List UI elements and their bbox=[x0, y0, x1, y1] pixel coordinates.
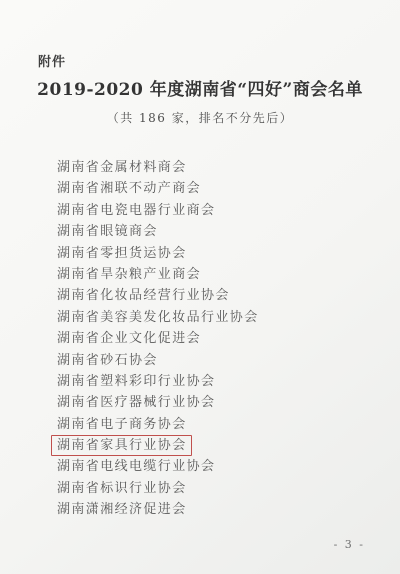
chamber-name: 湖南省电瓷电器行业商会 bbox=[57, 200, 215, 221]
chamber-name: 湖南省化妆品经营行业协会 bbox=[57, 285, 230, 306]
chamber-list-item: 湖南省旱杂粮产业商会 bbox=[57, 264, 259, 285]
chamber-name: 湖南省旱杂粮产业商会 bbox=[57, 264, 201, 285]
chamber-name: 湖南潇湘经济促进会 bbox=[57, 499, 187, 520]
chamber-name: 湖南省美容美发化妆品行业协会 bbox=[57, 307, 259, 328]
chamber-list-item: 湖南省美容美发化妆品行业协会 bbox=[57, 307, 259, 328]
attachment-label: 附件 bbox=[38, 51, 66, 70]
chamber-list-item: 湖南省电瓷电器行业商会 bbox=[57, 200, 259, 221]
chamber-name: 湖南省零担货运协会 bbox=[57, 243, 187, 264]
chamber-name: 湖南省砂石协会 bbox=[57, 350, 158, 371]
chamber-name: 湖南省金属材料商会 bbox=[57, 157, 187, 178]
chamber-list-item: 湖南省家具行业协会 bbox=[57, 435, 259, 456]
document-title: 2019-2020 年度湖南省“四好”商会名单 bbox=[0, 75, 400, 100]
document-subtitle: （共 186 家，排名不分先后） bbox=[0, 109, 400, 126]
chamber-name: 湖南省眼镜商会 bbox=[57, 221, 158, 242]
chamber-name: 湖南省医疗器械行业协会 bbox=[57, 392, 215, 413]
chamber-list-item: 湖南省砂石协会 bbox=[57, 350, 259, 371]
chamber-name: 湖南省湘联不动产商会 bbox=[57, 178, 201, 199]
chamber-list-item: 湖南省电线电缆行业协会 bbox=[57, 456, 259, 477]
chamber-list-item: 湖南省塑料彩印行业协会 bbox=[57, 371, 259, 392]
chamber-list-item: 湖南省金属材料商会 bbox=[57, 157, 259, 178]
chamber-name: 湖南省家具行业协会 bbox=[51, 435, 192, 456]
chamber-list-item: 湖南省标识行业协会 bbox=[57, 478, 259, 499]
chamber-name: 湖南省塑料彩印行业协会 bbox=[57, 371, 215, 392]
chamber-list-item: 湖南省零担货运协会 bbox=[57, 243, 259, 264]
chamber-list-item: 湖南省企业文化促进会 bbox=[57, 328, 259, 349]
chamber-list-item: 湖南潇湘经济促进会 bbox=[57, 499, 259, 520]
chamber-name: 湖南省企业文化促进会 bbox=[57, 328, 201, 349]
chamber-list-item: 湖南省医疗器械行业协会 bbox=[57, 392, 259, 413]
chamber-list-item: 湖南省化妆品经营行业协会 bbox=[57, 285, 259, 306]
chamber-list: 湖南省金属材料商会 湖南省湘联不动产商会 湖南省电瓷电器行业商会 湖南省眼镜商会… bbox=[57, 157, 259, 521]
chamber-name: 湖南省电子商务协会 bbox=[57, 414, 187, 435]
chamber-list-item: 湖南省湘联不动产商会 bbox=[57, 178, 259, 199]
chamber-name: 湖南省标识行业协会 bbox=[57, 478, 187, 499]
document-page: 附件 2019-2020 年度湖南省“四好”商会名单 （共 186 家，排名不分… bbox=[0, 0, 400, 574]
page-number: - 3 - bbox=[334, 538, 365, 551]
chamber-list-item: 湖南省电子商务协会 bbox=[57, 414, 259, 435]
chamber-name: 湖南省电线电缆行业协会 bbox=[57, 456, 215, 477]
chamber-list-item: 湖南省眼镜商会 bbox=[57, 221, 259, 242]
